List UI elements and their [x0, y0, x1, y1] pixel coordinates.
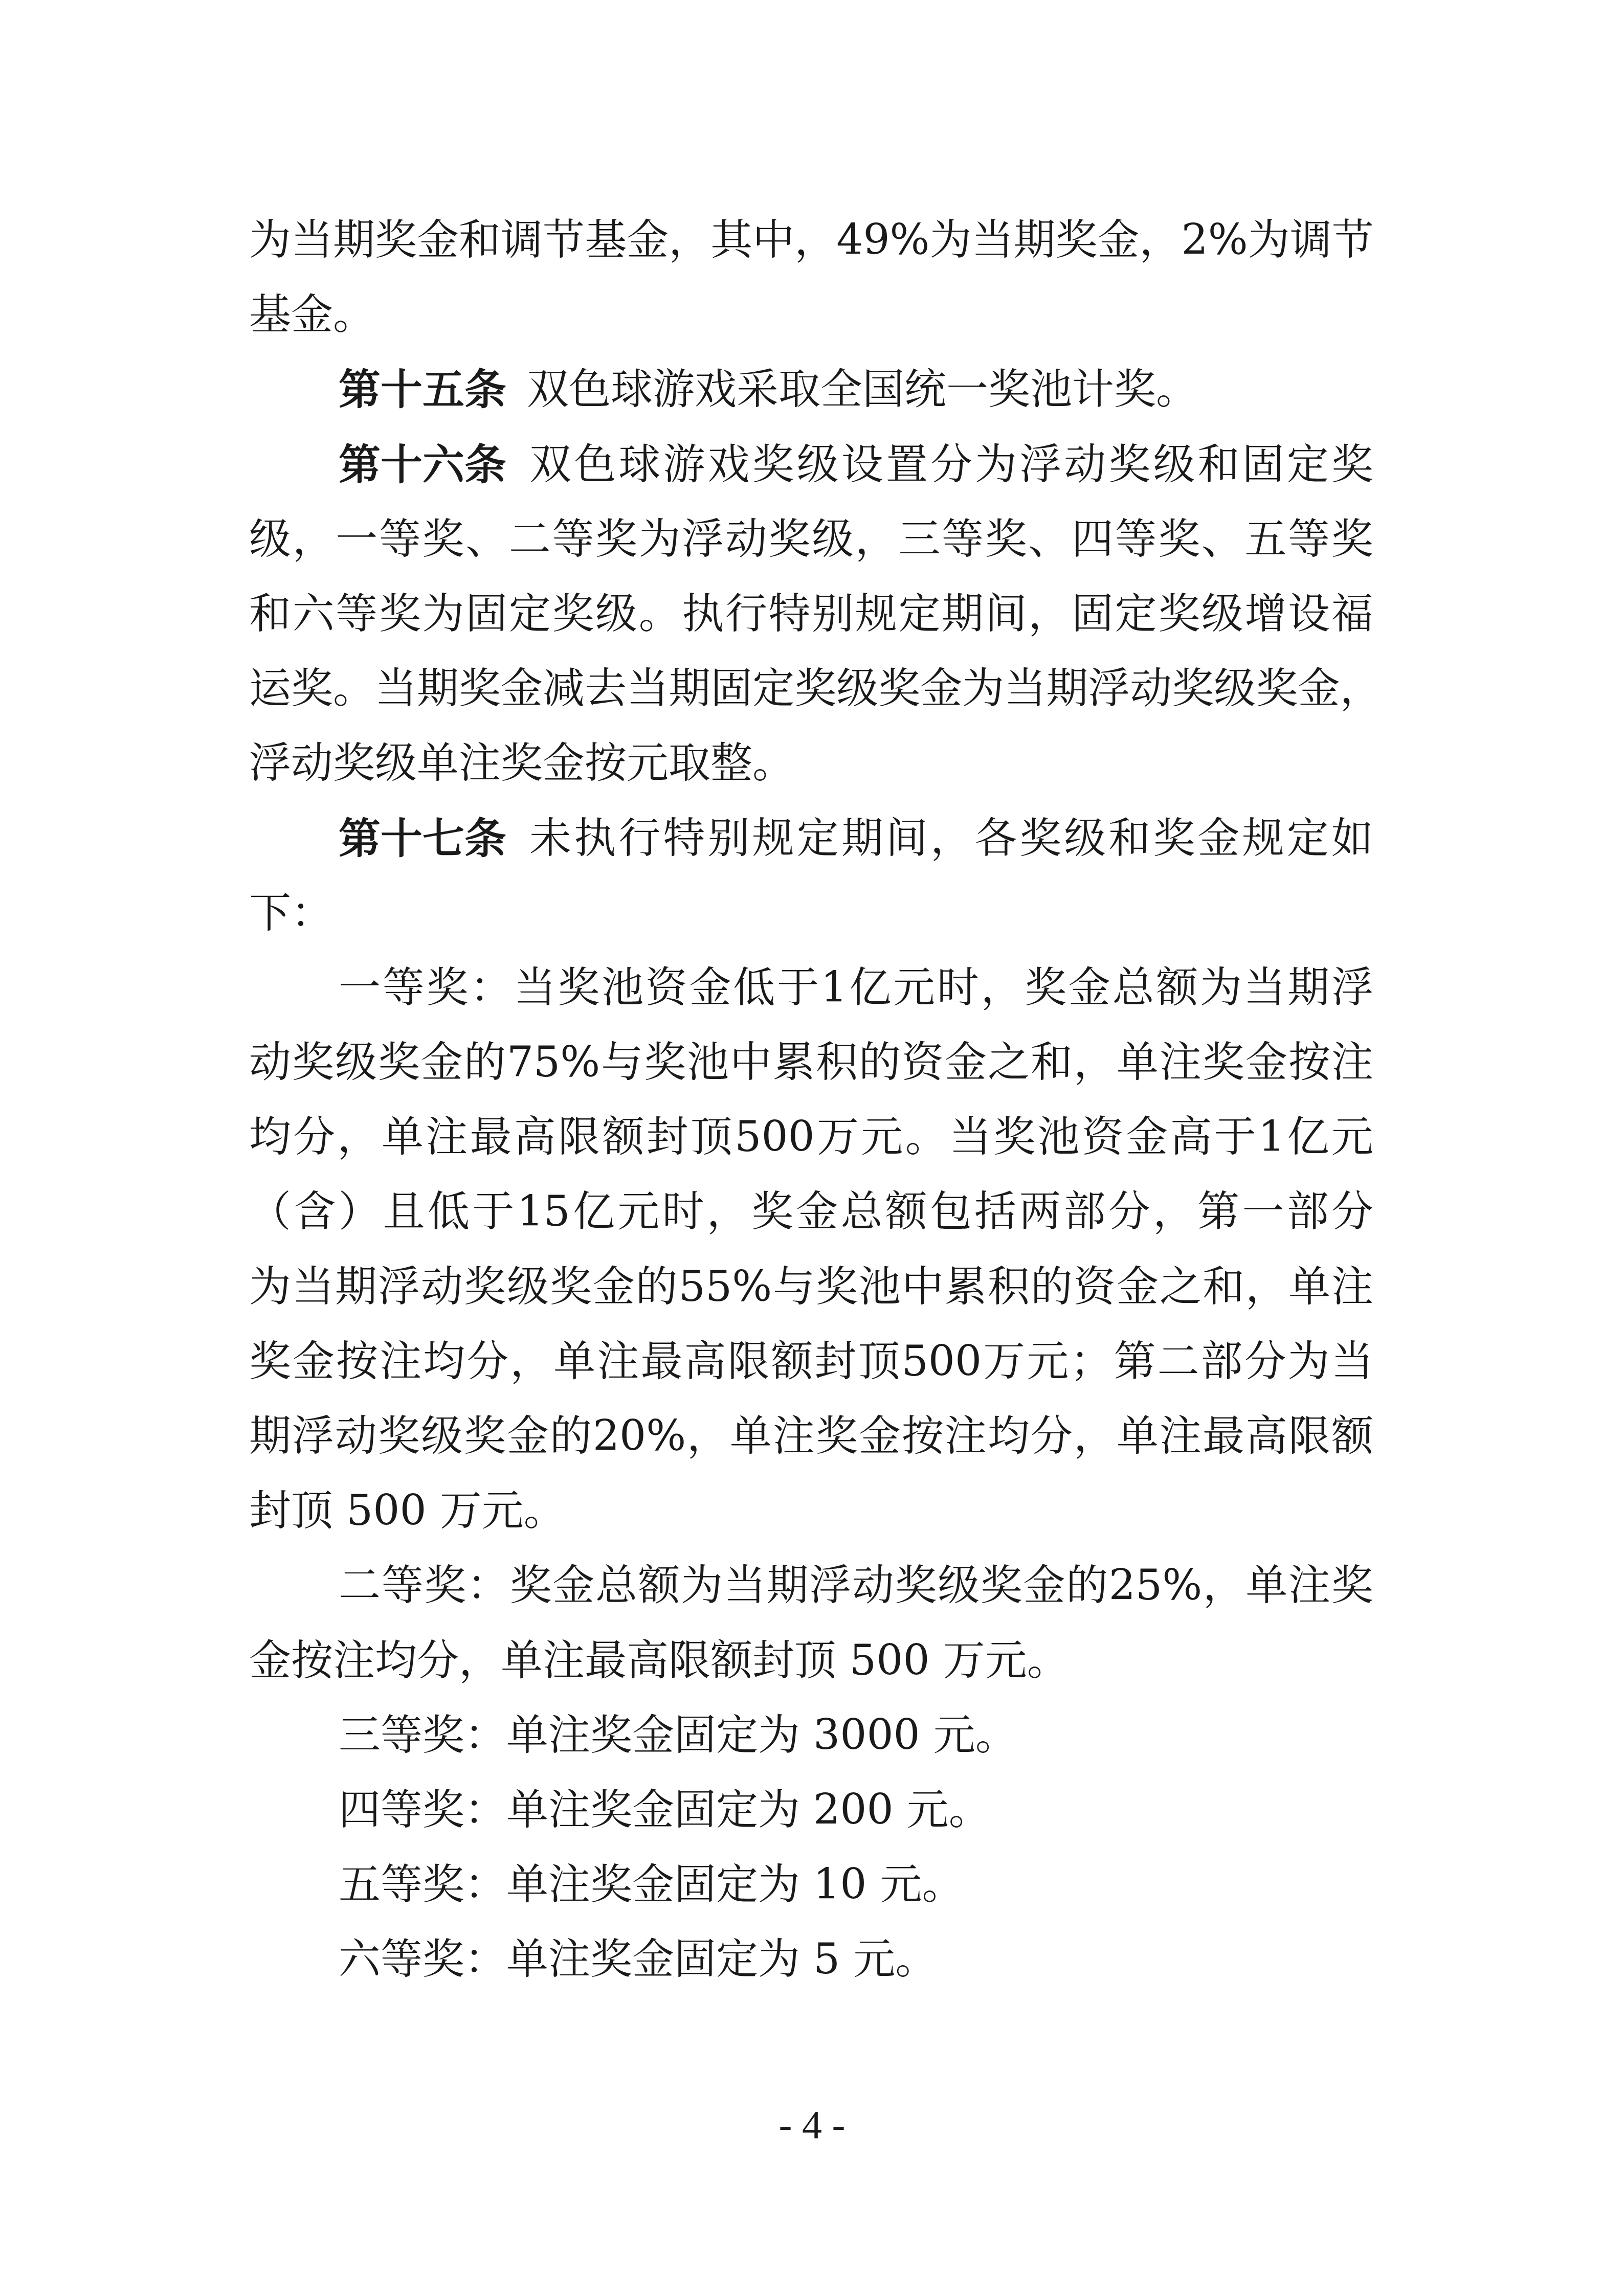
- text-line: （含）且低于15亿元时，奖金总额包括两部分，第一部分: [249, 1186, 1373, 1261]
- text-line: 级，一等奖、二等奖为浮动奖级，三等奖、四等奖、五等奖: [249, 514, 1373, 589]
- article-heading-line: 第十六条双色球游戏奖级设置分为浮动奖级和固定奖: [249, 439, 1373, 514]
- article-heading-line: 第十七条未执行特别规定期间，各奖级和奖金规定如: [249, 813, 1373, 888]
- text-line: 均分，单注最高限额封顶500万元。当奖池资金高于1亿元: [249, 1112, 1373, 1186]
- line-text: 金按注均分，单注最高限额封顶 500 万元。: [249, 1635, 1069, 1686]
- text-line: 金按注均分，单注最高限额封顶 500 万元。: [249, 1635, 1373, 1710]
- article-number: 第十七条: [339, 813, 506, 864]
- line-text: 下：: [249, 888, 333, 939]
- text-line: 五等奖：单注奖金固定为 10 元。: [249, 1859, 1373, 1934]
- text-line: 二等奖：奖金总额为当期浮动奖级奖金的25%，单注奖: [249, 1560, 1373, 1635]
- line-text: 双色球游戏采取全国统一奖池计奖。: [527, 364, 1198, 415]
- text-line: 期浮动奖级奖金的20%，单注奖金按注均分，单注最高限额: [249, 1411, 1373, 1485]
- line-text: 封顶 500 万元。: [249, 1485, 566, 1537]
- text-line: 动奖级奖金的75%与奖池中累积的资金之和，单注奖金按注: [249, 1037, 1373, 1112]
- text-line: 运奖。当期奖金减去当期固定奖级奖金为当期浮动奖级奖金，: [249, 663, 1373, 738]
- text-line: 封顶 500 万元。: [249, 1485, 1373, 1560]
- text-line: 一等奖：当奖池资金低于1亿元时，奖金总额为当期浮: [249, 962, 1373, 1037]
- text-line: 奖金按注均分，单注最高限额封顶500万元；第二部分为当: [249, 1336, 1373, 1411]
- article-number: 第十五条: [339, 364, 506, 415]
- text-line: 三等奖：单注奖金固定为 3000 元。: [249, 1710, 1373, 1785]
- text-line: 四等奖：单注奖金固定为 200 元。: [249, 1785, 1373, 1859]
- text-line: 六等奖：单注奖金固定为 5 元。: [249, 1934, 1373, 2009]
- text-line: 和六等奖为固定奖级。执行特别规定期间，固定奖级增设福: [249, 589, 1373, 663]
- article-number: 第十六条: [339, 439, 506, 490]
- document-page: 为当期奖金和调节基金，其中，49%为当期奖金，2%为调节基金。第十五条双色球游戏…: [0, 0, 1624, 2296]
- article-body: 为当期奖金和调节基金，其中，49%为当期奖金，2%为调节基金。第十五条双色球游戏…: [249, 215, 1373, 2009]
- text-line: 浮动奖级单注奖金按元取整。: [249, 738, 1373, 813]
- line-text: 三等奖：单注奖金固定为 3000 元。: [339, 1710, 1017, 1761]
- line-text: 四等奖：单注奖金固定为 200 元。: [339, 1785, 991, 1836]
- line-text: 浮动奖级单注奖金按元取整。: [249, 738, 794, 789]
- text-line: 为当期奖金和调节基金，其中，49%为当期奖金，2%为调节: [249, 215, 1373, 289]
- line-text: 五等奖：单注奖金固定为 10 元。: [339, 1859, 964, 1910]
- page-number: - 4 -: [0, 2099, 1624, 2150]
- text-line: 基金。: [249, 289, 1373, 364]
- text-line: 下：: [249, 888, 1373, 962]
- article-heading-line: 第十五条双色球游戏采取全国统一奖池计奖。: [249, 364, 1373, 439]
- text-line: 为当期浮动奖级奖金的55%与奖池中累积的资金之和，单注: [249, 1262, 1373, 1336]
- line-text: 基金。: [249, 289, 375, 341]
- line-text: 六等奖：单注奖金固定为 5 元。: [339, 1934, 937, 1985]
